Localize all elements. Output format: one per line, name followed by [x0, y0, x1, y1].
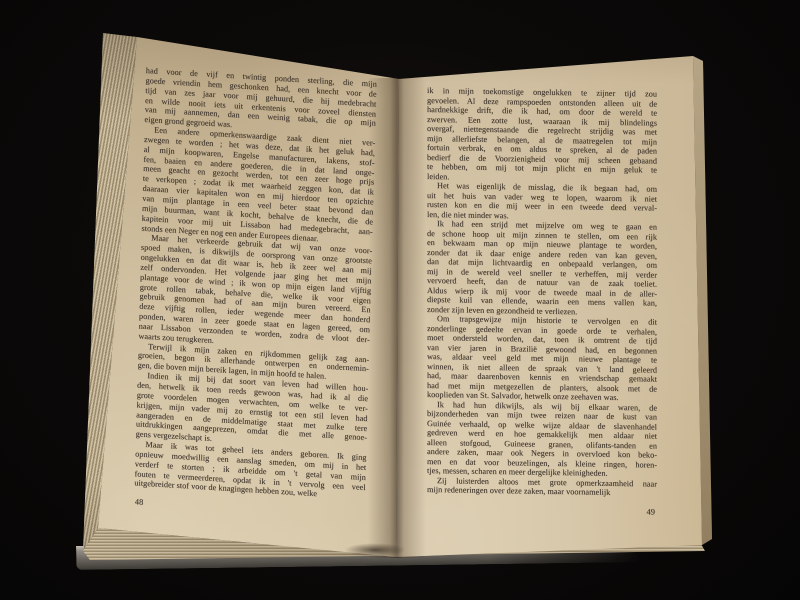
book-gutter-shadow: [368, 78, 426, 558]
right-page-text: ik in mijn toekomstige ongelukken te zij…: [427, 86, 657, 517]
photo-background: had voor de vijf en twintig ponden sterl…: [0, 0, 800, 600]
left-page-text: had voor de vijf en twintig ponden sterl…: [134, 66, 377, 521]
left-page-lines: had voor de vijf en twintig ponden sterl…: [134, 66, 377, 502]
gutter-notch-shadow: [344, 543, 406, 557]
right-page-lines: ik in mijn toekomstige ongelukken te zij…: [427, 86, 657, 498]
